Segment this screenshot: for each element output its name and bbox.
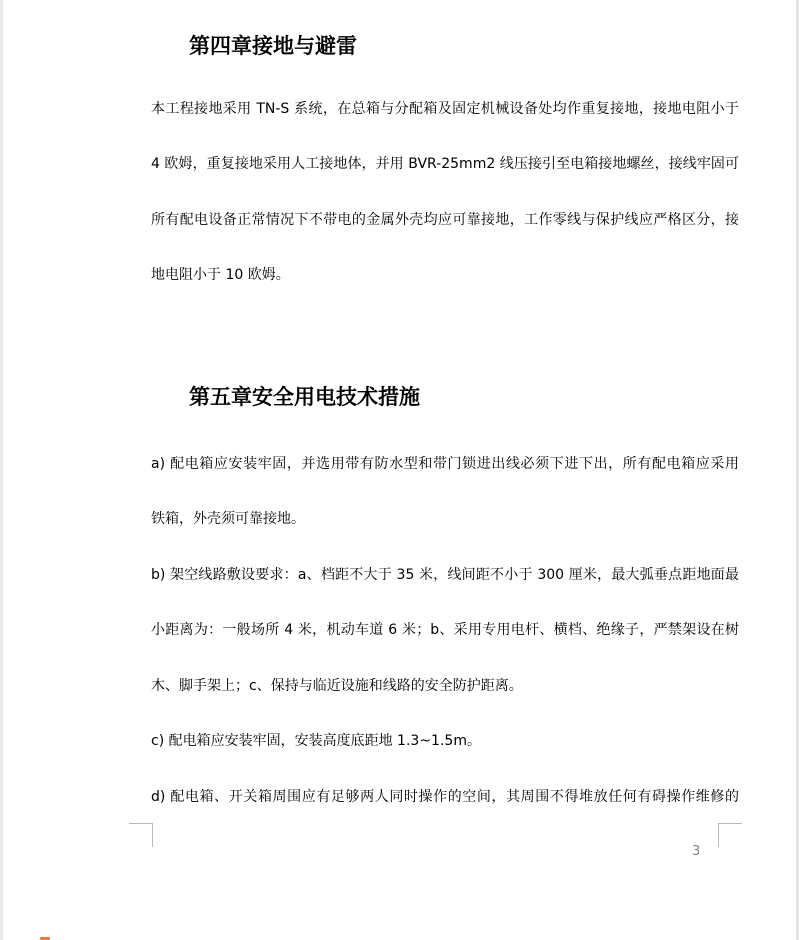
margin-corner-mark-right-icon [718, 823, 742, 847]
chapter5-list-item-d-line: d) 配电箱、开关箱周围应有足够两人同时操作的空间，其周围不得堆放任何有碍操作维… [151, 787, 739, 809]
chapter5-list-item-c-line: c) 配电箱应安装牢固，安装高度底距地 1.3~1.5m。 [151, 731, 739, 753]
chapter5-list-item-b-line: 木、脚手架上；c、保持与临近设施和线路的安全防护距离。 [151, 676, 739, 698]
page-number: 3 [692, 843, 712, 861]
chapter4-paragraph-line: 本工程接地采用 TN-S 系统，在总箱与分配箱及固定机械设备处均作重复接地，接地… [151, 99, 739, 121]
chapter5-list-item-a-line: 铁箱，外壳须可靠接地。 [151, 509, 739, 531]
chapter4-paragraph-line: 地电阻小于 10 欧姆。 [151, 265, 739, 287]
chapter4-paragraph-line: 所有配电设备正常情况下不带电的金属外壳均应可靠接地，工作零线与保护线应严格区分，… [151, 210, 739, 232]
margin-corner-mark-left-icon [129, 823, 153, 847]
document-viewport: 第四章接地与避雷 本工程接地采用 TN-S 系统，在总箱与分配箱及固定机械设备处… [0, 0, 799, 940]
chapter5-list-item-b-line: b) 架空线路敷设要求：a、档距不大于 35 米，线间距不小于 300 厘米，最… [151, 565, 739, 587]
chapter5-list-item-a-line: a) 配电箱应安装牢固，并选用带有防水型和带门锁进出线必须下进下出，所有配电箱应… [151, 454, 739, 476]
chapter4-paragraph-line: 4 欧姆，重复接地采用人工接地体，并用 BVR-25mm2 线压接引至电箱接地螺… [151, 154, 739, 176]
chapter4-heading: 第四章接地与避雷 [189, 32, 749, 60]
chapter5-list-item-b-line: 小距离为：一般场所 4 米，机动车道 6 米；b、采用专用电杆、横档、绝缘子，严… [151, 620, 739, 642]
chapter5-heading: 第五章安全用电技术措施 [189, 383, 749, 411]
document-page[interactable]: 第四章接地与避雷 本工程接地采用 TN-S 系统，在总箱与分配箱及固定机械设备处… [3, 0, 796, 940]
